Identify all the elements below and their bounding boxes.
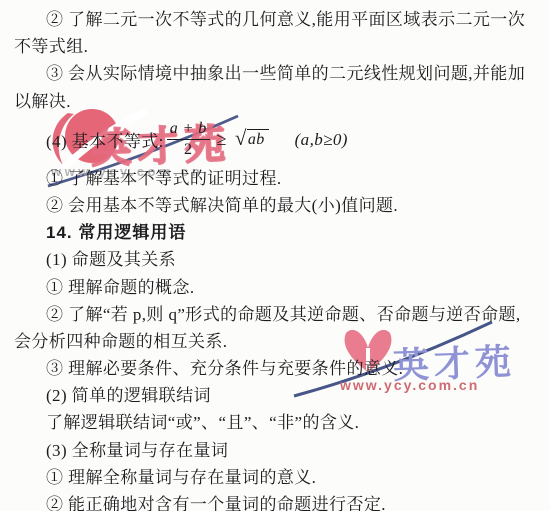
text-line: ③ 会从实际情境中抽象出一些简单的二元线性规划问题,并能加 [0, 60, 550, 87]
text-line: 了解逻辑联结词“或”、“且”、“非”的含义. [0, 409, 550, 436]
text-line: ② 了解“若 p,则 q”形式的命题及其逆命题、否命题与逆否命题, [0, 301, 550, 328]
text-line: ① 了解基本不等式的证明过程. [0, 165, 550, 192]
text-line: ① 理解命题的概念. [0, 274, 550, 301]
basic-inequality-formula: (4) 基本不等式: a + b 2 ≥ √ ab (a,b≥0) [0, 115, 550, 165]
fraction-numerator: a + b [167, 121, 210, 140]
radicand: ab [247, 129, 269, 149]
text-line: ② 能正确地对含有一个量词的命题进行否定. [0, 491, 550, 511]
fraction: a + b 2 [167, 121, 210, 158]
text-line: (2) 简单的逻辑联结词 [0, 382, 550, 409]
scanned-document-page: 英才苑 www.ycy.com.cn 英才苑 www.ycy.com.cn ② … [0, 0, 550, 511]
text-line: ② 了解二元一次不等式的几何意义,能用平面区域表示二元一次 [0, 6, 550, 33]
fraction-denominator: 2 [184, 140, 192, 158]
text-line: (3) 全称量词与存在量词 [0, 437, 550, 464]
text-line: ① 理解全称量词与存在量词的意义. [0, 464, 550, 491]
document-text: ② 了解二元一次不等式的几何意义,能用平面区域表示二元一次 不等式组. ③ 会从… [0, 0, 550, 511]
sqrt-expression: √ ab [235, 129, 269, 150]
text-line: ③ 理解必要条件、充分条件与充要条件的意义. [0, 355, 550, 382]
text-line: 不等式组. [0, 33, 550, 60]
text-line: (1) 命题及其关系 [0, 246, 550, 273]
text-line: 以解决. [0, 88, 550, 115]
text-line: ② 会用基本不等式解决简单的最大(小)值问题. [0, 192, 550, 219]
formula-prefix: (4) 基本不等式: [46, 127, 164, 152]
geq-symbol: ≥ [217, 129, 227, 150]
section-heading: 14. 常用逻辑用语 [0, 219, 550, 246]
text-line: 会分析四种命题的相互关系. [0, 328, 550, 355]
radical-sign-icon: √ [235, 128, 247, 149]
formula-condition: (a,b≥0) [295, 130, 348, 150]
